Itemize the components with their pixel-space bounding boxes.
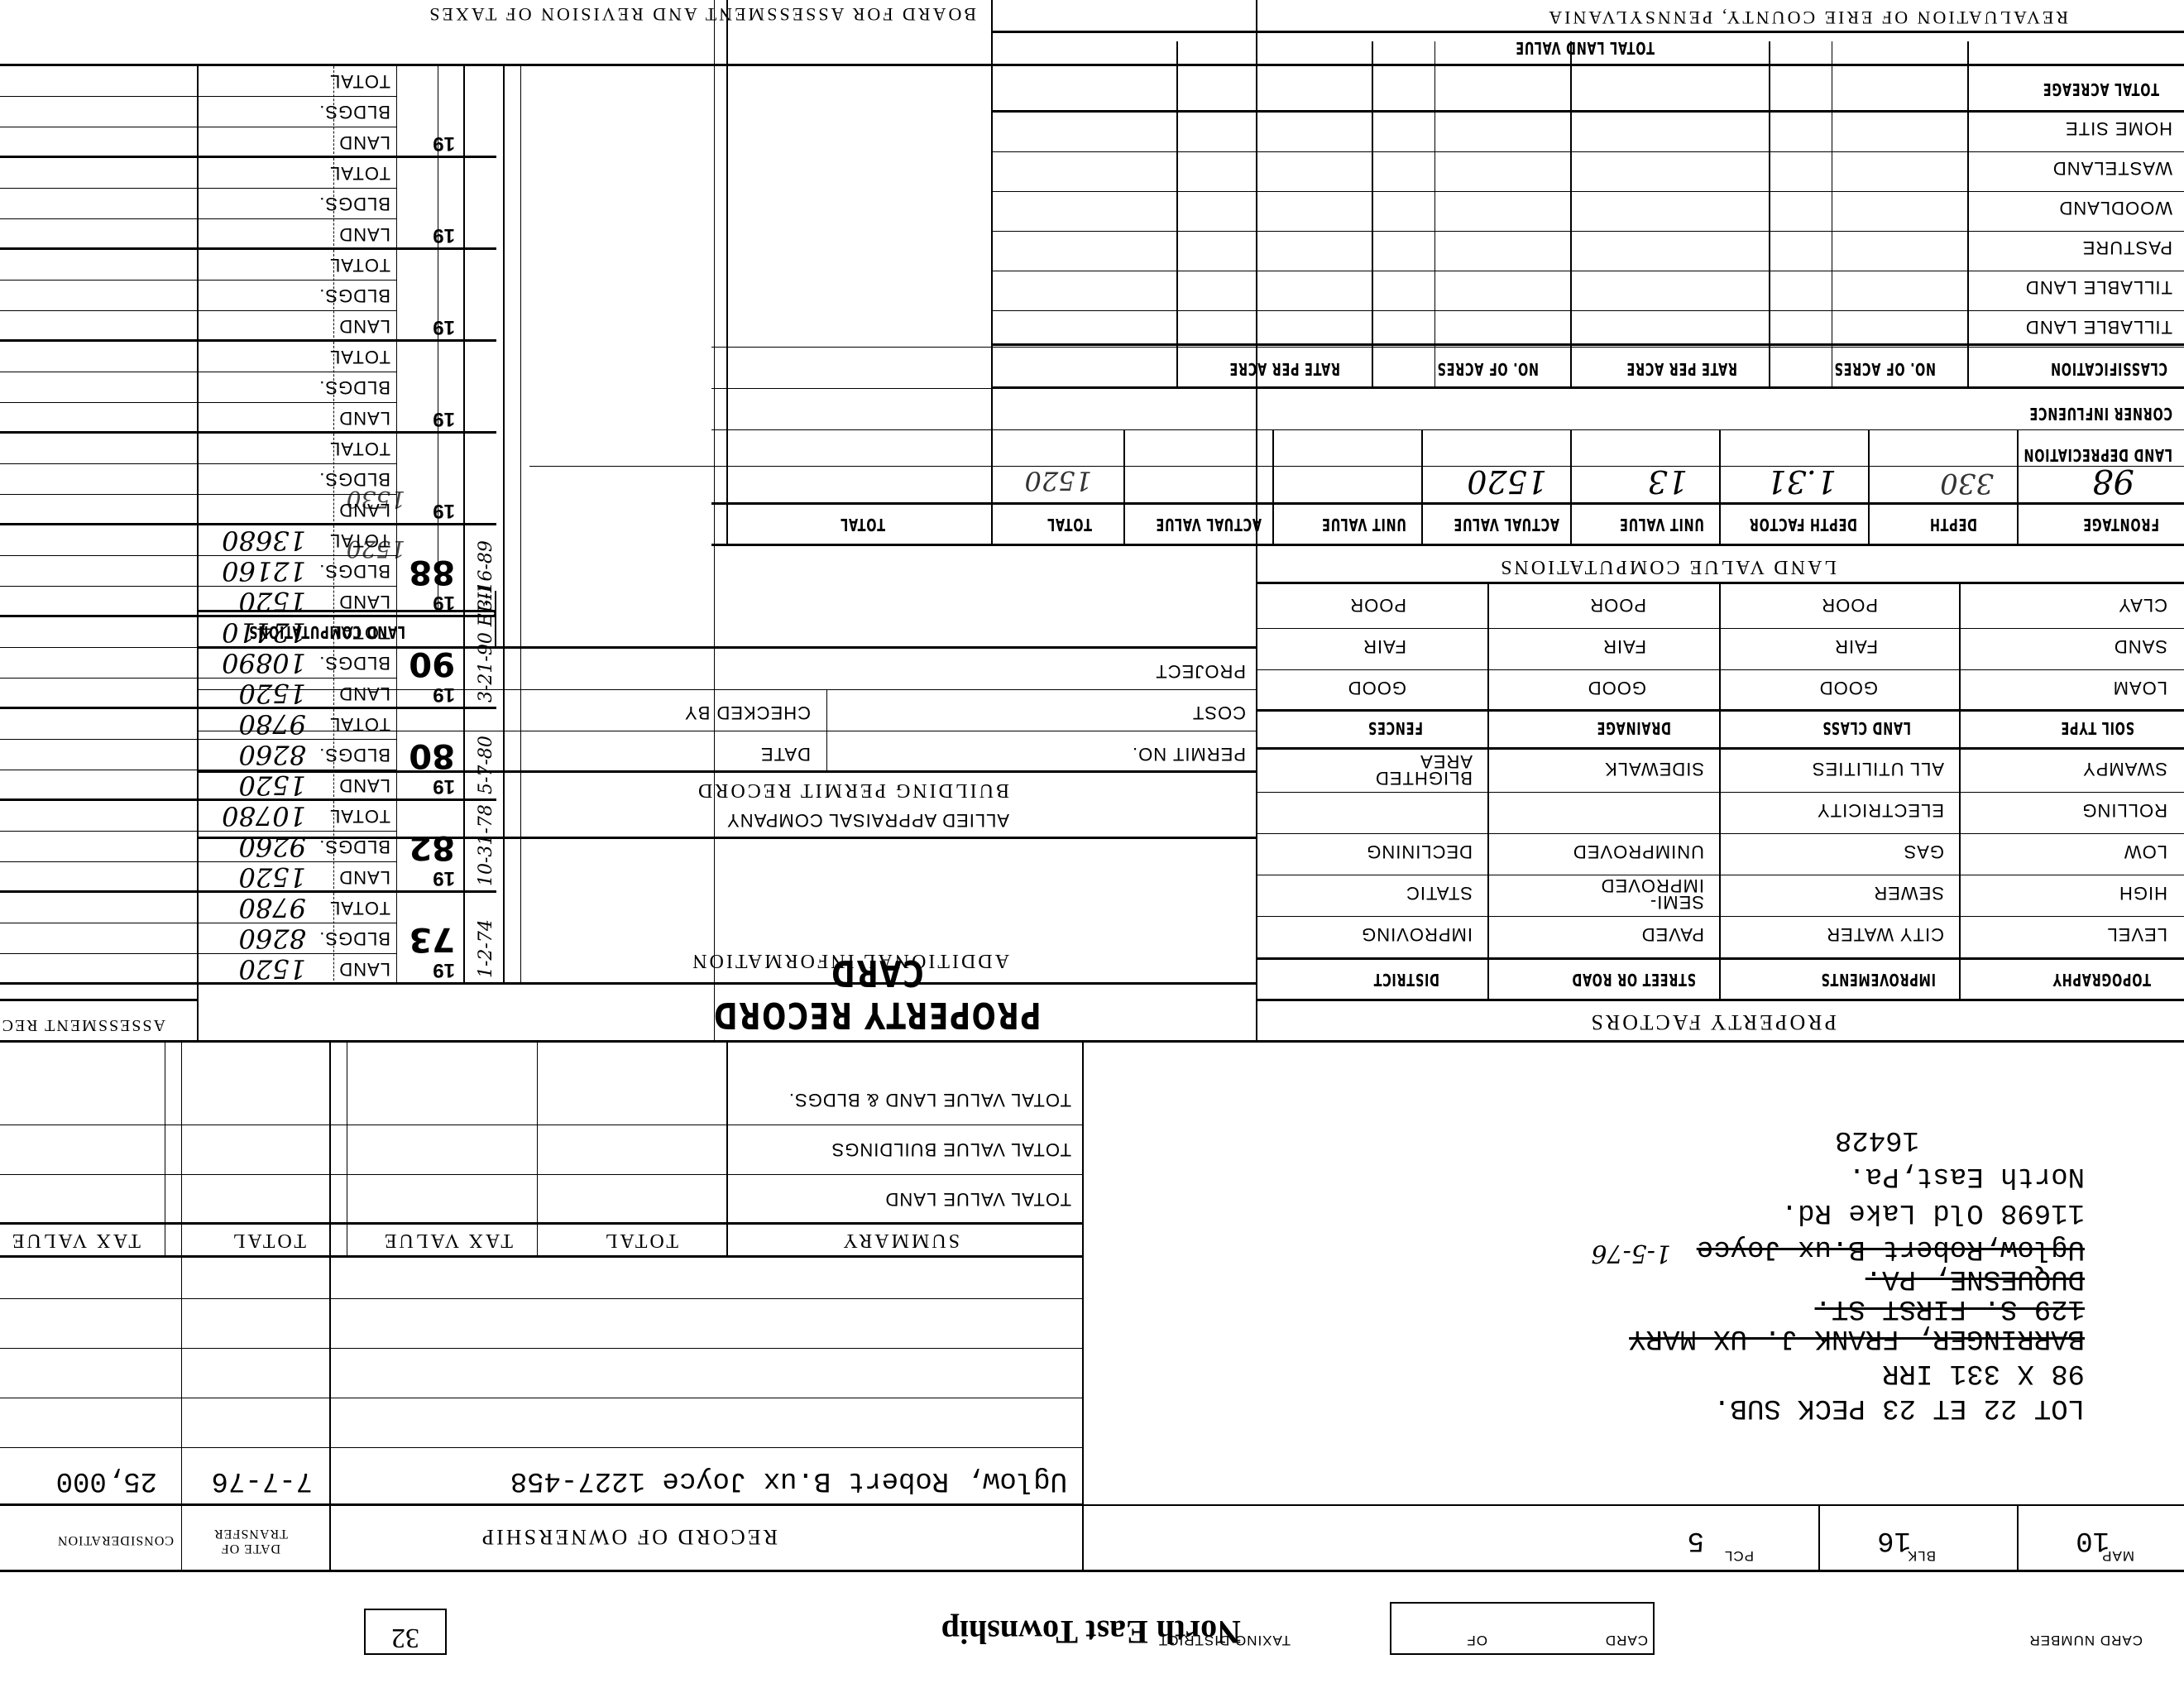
land-value-title: LAND VALUE COMPUTATIONS bbox=[1498, 555, 1837, 578]
assessment-bldgs: 12160 bbox=[222, 555, 306, 587]
pf-fences-good[interactable]: GOOD bbox=[1348, 677, 1406, 698]
ownership-consideration: 25,000 bbox=[56, 1465, 157, 1496]
row-label-land: LAND bbox=[338, 866, 390, 888]
assessment-year: 1990 bbox=[409, 645, 455, 706]
assessment-date: 10-31-78 bbox=[476, 803, 496, 886]
row-label-land: LAND bbox=[338, 683, 390, 704]
pf-rolling[interactable]: ROLLING bbox=[2081, 799, 2167, 821]
lv-depth-factor: 1.31 bbox=[1766, 463, 1837, 500]
row-label-bldgs: BLDGS. bbox=[318, 836, 390, 857]
lv-header-frontage: FRONTAGE bbox=[2083, 515, 2159, 535]
pf-header-topography: TOPOGRAPHY bbox=[2052, 970, 2151, 990]
land-depreciation-label: LAND DEPRECIATION bbox=[2024, 445, 2172, 465]
legal-description: LOT 22 ET 23 PECK SUB. bbox=[1713, 1392, 2085, 1423]
class-tillable-1: TILLABLE LAND bbox=[2025, 316, 2172, 338]
pf-header-soil: SOIL TYPE bbox=[2061, 718, 2134, 738]
class-woodland: WOODLAND bbox=[2058, 197, 2172, 218]
pf-level[interactable]: LEVEL bbox=[2107, 923, 2168, 945]
assessment-year: 19 bbox=[433, 499, 455, 522]
former-owner: BARRINGER, FRANK J. UX MARY bbox=[1629, 1322, 2085, 1354]
row-label-bldgs: BLDGS. bbox=[318, 468, 390, 490]
total-land-value-label: TOTAL LAND VALUE bbox=[1516, 38, 1655, 58]
pf-city-water[interactable]: CITY WATER bbox=[1826, 923, 1944, 945]
summary-col-total-2: TOTAL bbox=[231, 1229, 306, 1251]
assessment-bldgs: 9260 bbox=[239, 831, 306, 862]
assessment-year: 1980 bbox=[409, 736, 455, 798]
pf-all-utilities[interactable]: ALL UTILITIES bbox=[1812, 758, 1944, 779]
pf-header-district: DISTRICT bbox=[1373, 970, 1439, 990]
pf-fences-poor[interactable]: POOR bbox=[1349, 594, 1406, 616]
summary-col-tax-value: TAX VALUE bbox=[382, 1229, 513, 1251]
summary-col-total: TOTAL bbox=[603, 1229, 678, 1251]
class-wasteland: WASTELAND bbox=[2052, 157, 2172, 179]
assessment-land: 1520 bbox=[239, 861, 306, 893]
row-label-bldgs: BLDGS. bbox=[318, 744, 390, 765]
project-label: PROJECT bbox=[1155, 660, 1246, 682]
class-pasture: PASTURE bbox=[2082, 237, 2172, 258]
class-header-rate-1: RATE PER ACRE bbox=[1626, 359, 1737, 379]
former-address: 129 S. FIRST ST. bbox=[1815, 1292, 2085, 1324]
assessment-year: 1988 bbox=[409, 553, 455, 614]
row-label-land: LAND bbox=[338, 499, 390, 520]
row-label-land: LAND bbox=[338, 315, 390, 337]
additional-info-title: ADDITIONAL INFORMATION bbox=[690, 949, 1009, 971]
row-label-total: TOTAL bbox=[329, 70, 390, 92]
card-number-label: CARD NUMBER bbox=[2028, 1632, 2143, 1648]
row-label-total: TOTAL bbox=[329, 162, 390, 184]
ownership-date: 7-7-76 bbox=[212, 1465, 313, 1496]
lv-frontage: 98 bbox=[2092, 462, 2134, 500]
board-title: BOARD FOR ASSESSMENT AND REVISION OF TAX… bbox=[427, 3, 976, 25]
pf-low[interactable]: LOW bbox=[2124, 841, 2167, 862]
total-acreage-label: TOTAL ACREAGE bbox=[2043, 79, 2159, 99]
taxing-district-value: North East Township bbox=[941, 1613, 1241, 1652]
of-label: OF bbox=[1466, 1632, 1487, 1648]
row-label-total: TOTAL bbox=[329, 346, 390, 367]
row-label-land: LAND bbox=[338, 223, 390, 245]
pf-electricity[interactable]: ELECTRICITY bbox=[1817, 799, 1944, 821]
lv-actual-value: 1520 bbox=[1467, 463, 1547, 500]
pf-header-drainage: DRAINAGE bbox=[1597, 718, 1671, 738]
zip-code: 16428 bbox=[1835, 1124, 1919, 1155]
assessment-total: 9780 bbox=[239, 708, 306, 740]
pf-high[interactable]: HIGH bbox=[2119, 882, 2167, 904]
pf-sand[interactable]: SAND bbox=[2114, 635, 2167, 657]
row-label-bldgs: BLDGS. bbox=[318, 285, 390, 306]
row-label-land: LAND bbox=[338, 774, 390, 796]
assessment-total: 10780 bbox=[222, 800, 306, 832]
corner-influence-label: CORNER INFLUENCE bbox=[2029, 404, 2172, 424]
summary-row-land: TOTAL VALUE LAND bbox=[885, 1188, 1071, 1210]
former-city: DUQUESNE, PA. bbox=[1865, 1263, 2085, 1294]
pf-header-improvements: IMPROVEMENTS bbox=[1821, 970, 1936, 990]
property-record-card: CARD NUMBER CARD OF TAXING DISTRICT Nort… bbox=[0, 0, 2184, 1688]
assessment-title: ASSESSMENT RECORD bbox=[0, 1015, 165, 1034]
permit-date-label: DATE bbox=[760, 743, 811, 765]
pf-header-fences: FENCES bbox=[1367, 718, 1423, 738]
pf-swampy[interactable]: SWAMPY bbox=[2082, 758, 2167, 779]
lv-header-unit-value-2: UNIT VALUE bbox=[1321, 515, 1406, 535]
assessment-date: 1-2-74 bbox=[476, 894, 496, 978]
row-label-land: LAND bbox=[338, 591, 390, 612]
pf-drainage-fair[interactable]: FAIR bbox=[1602, 635, 1646, 657]
class-header-rate-2: RATE PER ACRE bbox=[1229, 359, 1340, 379]
summary-row-land-bldgs: TOTAL VALUE LAND & BLDGS. bbox=[788, 1089, 1071, 1110]
summary-col-tax-value-2: TAX VALUE bbox=[10, 1229, 141, 1251]
pf-gas[interactable]: GAS bbox=[1904, 841, 1944, 862]
interim-owner: Uglow,Robert B.ux Joyce bbox=[1697, 1233, 2085, 1264]
assessment-date: 5-7-80 bbox=[476, 711, 496, 794]
row-label-total: TOTAL bbox=[329, 897, 390, 918]
allied-appraisal: ALLIED APPRAISAL COMPANY bbox=[726, 809, 1009, 831]
assessment-land: 1520 bbox=[239, 953, 306, 985]
pf-land-poor[interactable]: POOR bbox=[1821, 594, 1878, 616]
class-home-site: HOME SITE bbox=[2065, 117, 2172, 139]
current-address: 11698 Old Lake Rd. bbox=[1781, 1196, 2085, 1228]
pf-sewer[interactable]: SEWER bbox=[1873, 882, 1944, 904]
ownership-owner: Uglow, Robert B.ux Joyce 1227-458 bbox=[510, 1465, 1067, 1496]
row-label-land: LAND bbox=[338, 407, 390, 429]
class-header-acres-1: NO. OF ACRES bbox=[1834, 359, 1936, 379]
assessment-year: 19 bbox=[433, 223, 455, 247]
lv-unit-value: 13 bbox=[1648, 463, 1688, 500]
pf-paved[interactable]: PAVED bbox=[1641, 923, 1704, 945]
lv-header-depth: DEPTH bbox=[1929, 515, 1977, 535]
row-label-total: TOTAL bbox=[329, 438, 390, 459]
row-label-total: TOTAL bbox=[329, 254, 390, 276]
assessment-land: 1520 bbox=[239, 586, 306, 617]
permit-no-label: PERMIT NO. bbox=[1132, 743, 1246, 765]
pf-drainage-poor[interactable]: POOR bbox=[1589, 594, 1646, 616]
pf-sidewalk[interactable]: SIDEWALK bbox=[1604, 758, 1704, 779]
pf-unimproved[interactable]: UNIMPROVED bbox=[1573, 841, 1704, 862]
lv-depth: 330 bbox=[1940, 467, 1994, 500]
class-header-acres-2: NO. OF ACRES bbox=[1437, 359, 1539, 379]
row-label-total: TOTAL bbox=[329, 713, 390, 735]
lv-header-total: TOTAL bbox=[1046, 515, 1092, 535]
pf-improving[interactable]: IMPROVING bbox=[1361, 923, 1473, 945]
assessment-bldgs: 10890 bbox=[222, 647, 306, 679]
lv-total: 1520 bbox=[1025, 465, 1092, 496]
pf-fences-fair[interactable]: FAIR bbox=[1363, 635, 1406, 657]
district-code-box: 32 bbox=[364, 1609, 447, 1655]
permit-cost-label: COST bbox=[1192, 702, 1246, 723]
summary-title: SUMMARY bbox=[841, 1229, 960, 1251]
row-label-bldgs: BLDGS. bbox=[318, 560, 390, 582]
row-label-total: TOTAL bbox=[329, 621, 390, 643]
assessment-total: 13680 bbox=[222, 525, 306, 556]
assessment-total: 9780 bbox=[239, 892, 306, 923]
checked-by-label: CHECKED BY bbox=[684, 702, 811, 723]
assessment-year: 19 bbox=[433, 132, 455, 155]
pf-land-good[interactable]: GOOD bbox=[1819, 677, 1878, 698]
date-of-transfer-label: DATE OF TRANSFER bbox=[189, 1526, 313, 1556]
pcl-value: 5 bbox=[1688, 1524, 1704, 1556]
pf-semi-improved[interactable]: SEMI-IMPROVED bbox=[1555, 877, 1704, 910]
assessment-date: 3-16-89 bbox=[476, 527, 496, 611]
revaluation-title: REVALUATION OF ERIE COUNTY, PENNSYLVANIA bbox=[1546, 7, 2068, 28]
assessment-year: 19 bbox=[433, 315, 455, 338]
assessment-date: 3-21-90 EJ-II bbox=[476, 619, 496, 703]
pf-blighted-area[interactable]: BLIGHTED AREA bbox=[1373, 753, 1473, 786]
pf-header-land-class: LAND CLASS bbox=[1822, 718, 1911, 738]
pf-declining[interactable]: DECLINING bbox=[1366, 841, 1473, 862]
assessment-land: 1520 bbox=[239, 678, 306, 709]
assessment-bldgs: 8260 bbox=[239, 923, 306, 954]
pf-static[interactable]: STATIC bbox=[1406, 882, 1473, 904]
lv-header-unit-value: UNIT VALUE bbox=[1619, 515, 1704, 535]
pf-land-fair[interactable]: FAIR bbox=[1834, 635, 1878, 657]
pf-header-street: STREET OR ROAD bbox=[1572, 970, 1696, 990]
pf-loam[interactable]: LOAM bbox=[2113, 677, 2167, 698]
property-factors-title: PROPERTY FACTORS bbox=[1588, 1009, 1837, 1034]
lv-header-actual-value: ACTUAL VALUE bbox=[1454, 515, 1559, 535]
blk-label: BLK bbox=[1907, 1547, 1936, 1564]
lv-header-actual-value-2: ACTUAL VALUE bbox=[1156, 515, 1262, 535]
current-city: North East,Pa. bbox=[1848, 1160, 2085, 1192]
lv-header-total-2: TOTAL bbox=[840, 515, 885, 535]
card-of-box: CARD OF bbox=[1390, 1602, 1655, 1655]
ownership-title: RECORD OF OWNERSHIP bbox=[480, 1524, 778, 1549]
assessment-total: 12410 bbox=[222, 616, 306, 648]
pf-drainage-good[interactable]: GOOD bbox=[1588, 677, 1646, 698]
struck-annotation: 1-5-76 bbox=[1591, 1239, 1671, 1268]
row-label-bldgs: BLDGS. bbox=[318, 193, 390, 214]
assessment-year: 1973 bbox=[409, 920, 455, 981]
row-label-land: LAND bbox=[338, 132, 390, 153]
assessment-bldgs: 8260 bbox=[239, 739, 306, 770]
building-permit-title: BUILDING PERMIT RECORD bbox=[696, 779, 1009, 801]
class-tillable-2: TILLABLE LAND bbox=[2025, 276, 2172, 298]
class-header-classification: CLASSIFICATION bbox=[2050, 359, 2167, 379]
assessment-land: 1520 bbox=[239, 770, 306, 801]
consideration-label: CONSIDERATION bbox=[57, 1532, 174, 1547]
map-value: 10 bbox=[2076, 1524, 2110, 1556]
row-label-total: TOTAL bbox=[329, 805, 390, 827]
row-label-bldgs: BLDGS. bbox=[318, 101, 390, 122]
row-label-land: LAND bbox=[338, 958, 390, 980]
summary-row-buildings: TOTAL VALUE BUILDINGS bbox=[831, 1139, 1071, 1160]
lv-header-depth-factor: DEPTH FACTOR bbox=[1749, 515, 1857, 535]
card-label: CARD bbox=[1605, 1632, 1648, 1648]
row-label-bldgs: BLDGS. bbox=[318, 928, 390, 949]
row-label-total: TOTAL bbox=[329, 530, 390, 551]
assessment-year: 19 bbox=[433, 407, 455, 430]
pcl-label: PCL bbox=[1724, 1547, 1754, 1564]
row-label-bldgs: BLDGS. bbox=[318, 376, 390, 398]
pf-clay[interactable]: CLAY bbox=[2118, 594, 2167, 616]
blk-value: 16 bbox=[1877, 1524, 1911, 1556]
row-label-bldgs: BLDGS. bbox=[318, 652, 390, 674]
assessment-year: 1982 bbox=[409, 828, 455, 890]
lot-dimensions: 98 X 331 IRR bbox=[1882, 1357, 2085, 1388]
